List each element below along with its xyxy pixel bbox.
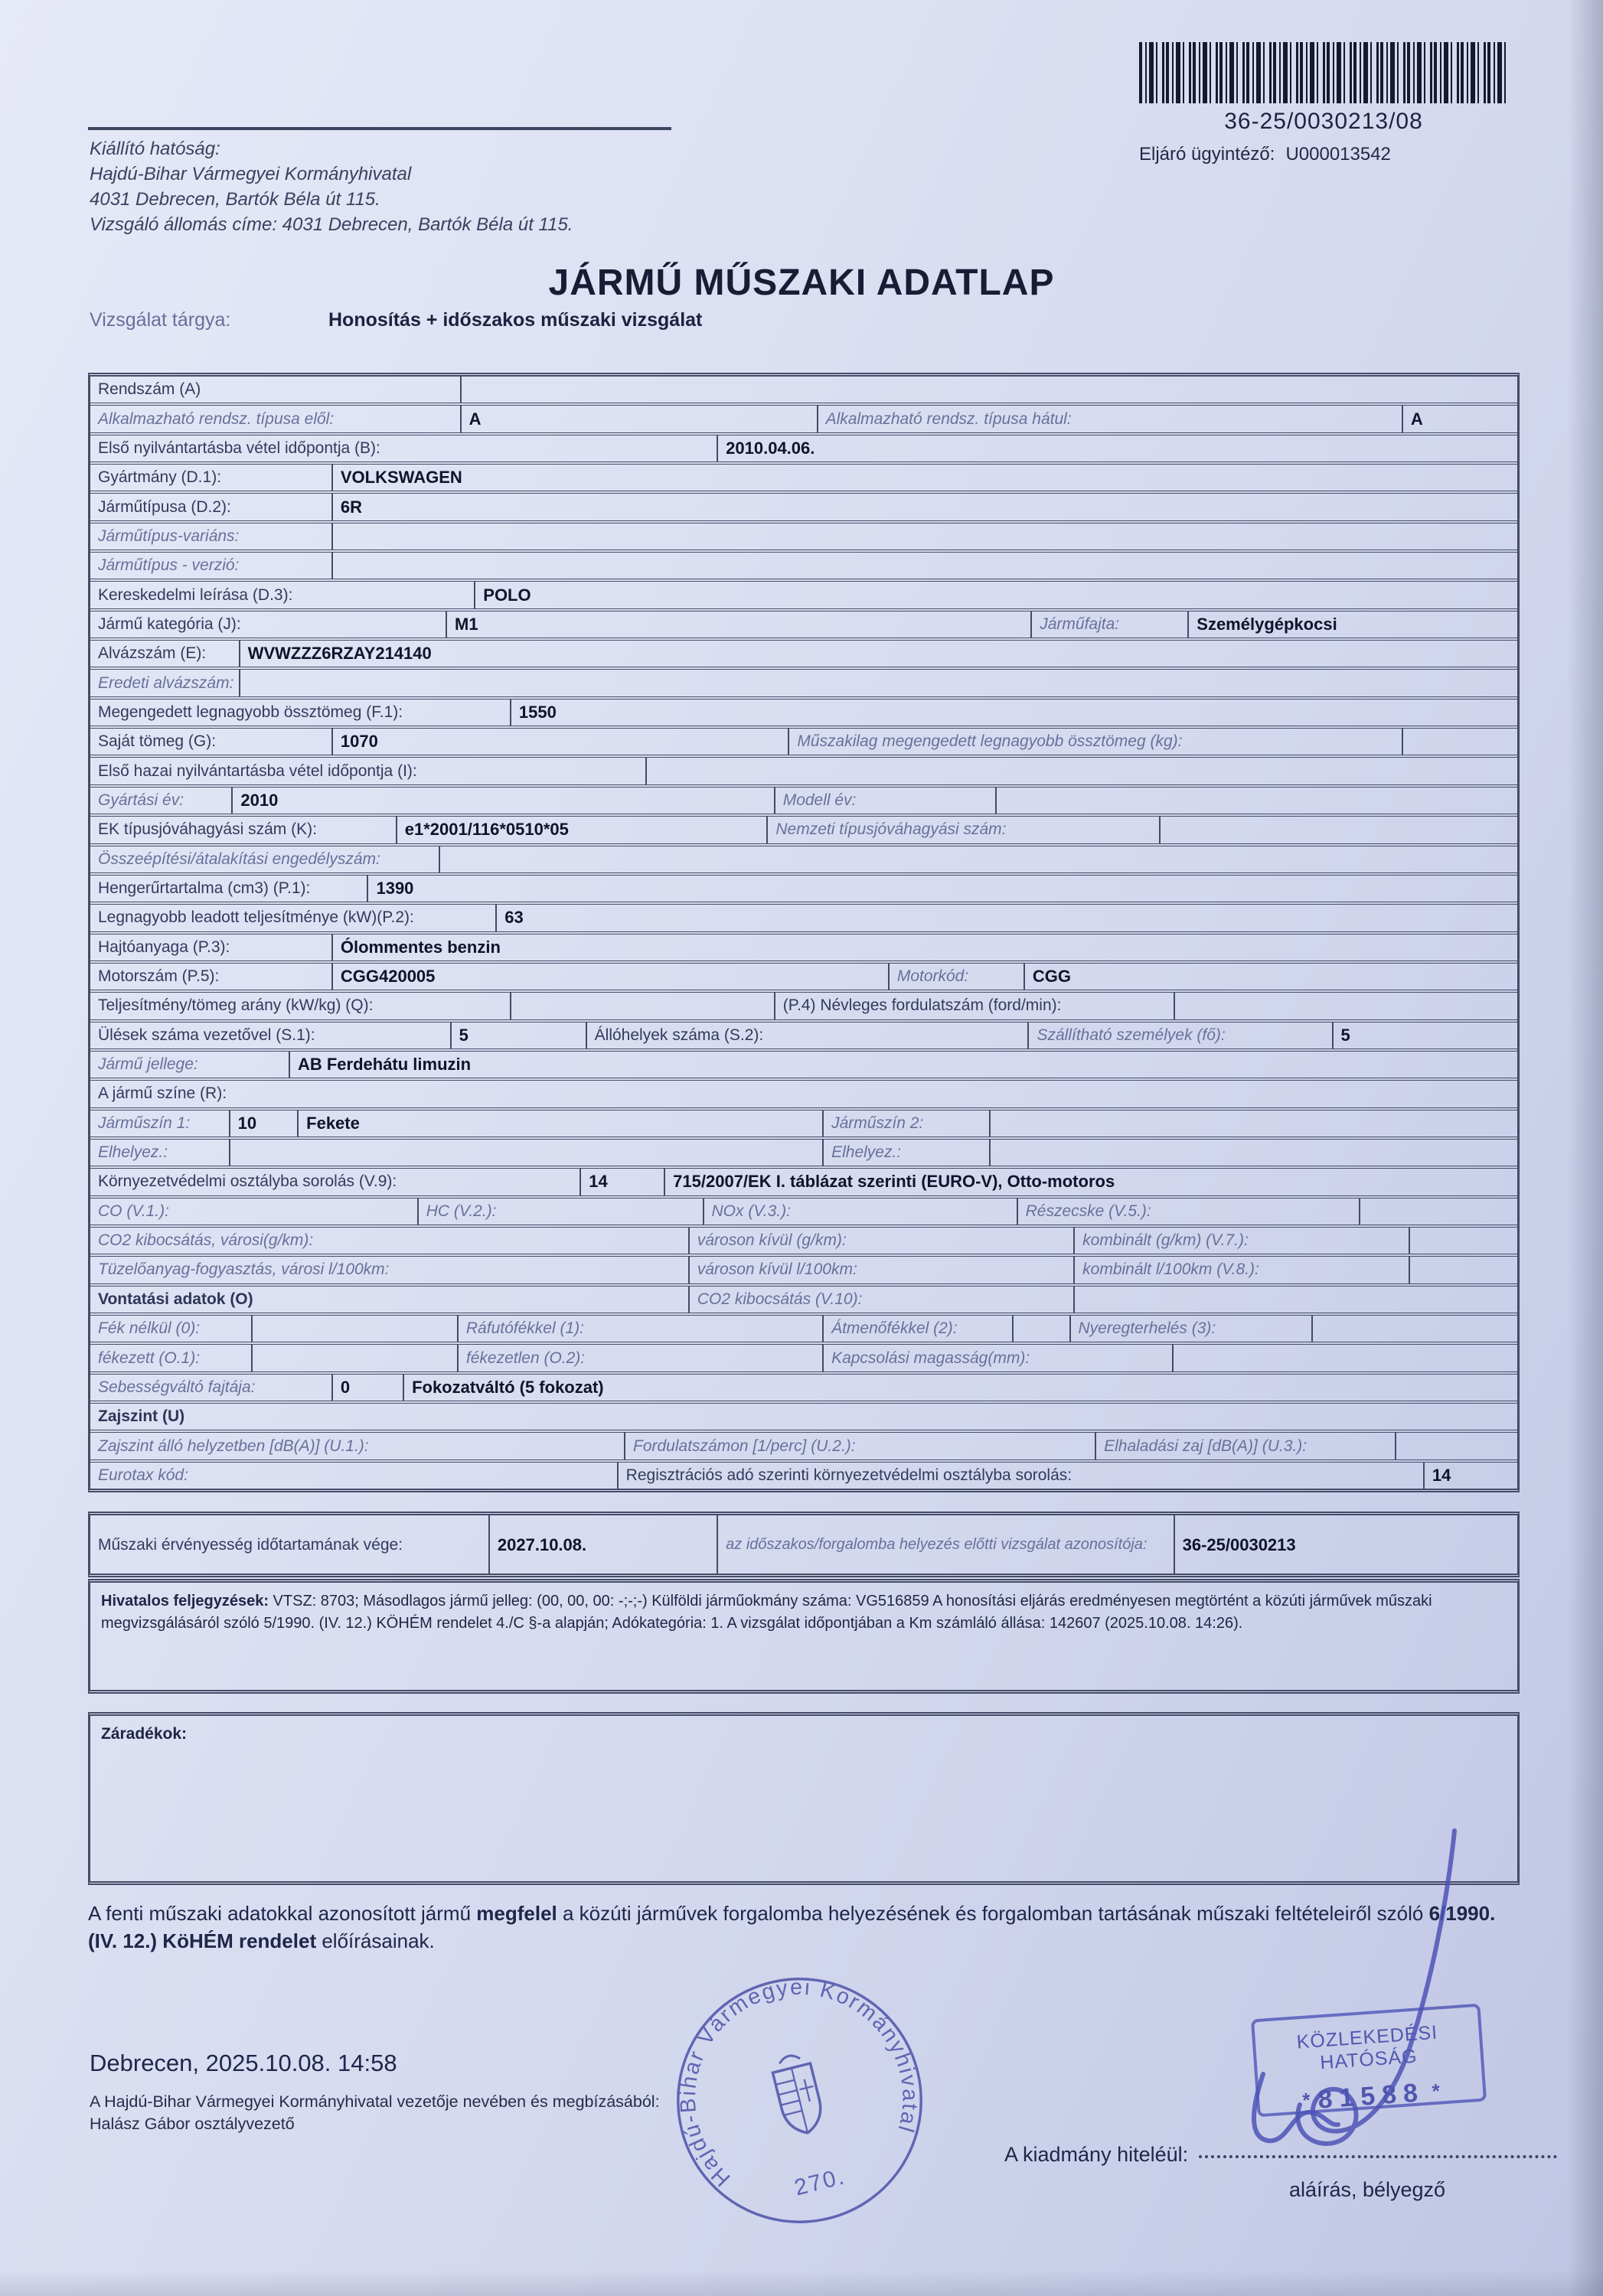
field-label: kombinált l/100km (V.8.): bbox=[1075, 1257, 1410, 1283]
table-row: Műszaki érvényesség időtartamának vége:2… bbox=[90, 1515, 1517, 1574]
issuer-name: Hajdú-Bihar Vármegyei Kormányhivatal bbox=[90, 161, 573, 187]
field-label: Járműszín 2: bbox=[824, 1110, 991, 1137]
field-label: Műszakilag megengedett legnagyobb össztö… bbox=[789, 729, 1403, 755]
field-value: Ólommentes benzin bbox=[333, 934, 1517, 960]
field-value: 0 bbox=[333, 1375, 404, 1401]
field-label: NOx (V.3.): bbox=[704, 1199, 1018, 1225]
field-value: POLO bbox=[475, 582, 1517, 608]
field-value: 2010 bbox=[233, 788, 775, 814]
field-value bbox=[997, 788, 1517, 814]
field-label: Első nyilvántartásba vétel időpontja (B)… bbox=[90, 435, 718, 461]
field-value bbox=[1410, 1257, 1517, 1283]
field-label: kombinált (g/km) (V.7.): bbox=[1075, 1228, 1410, 1254]
table-row: Vontatási adatok (O)CO2 kibocsátás (V.10… bbox=[90, 1287, 1517, 1316]
field-label: Zajszint (U) bbox=[90, 1404, 1517, 1430]
table-row: CO (V.1.):HC (V.2.):NOx (V.3.):Részecske… bbox=[90, 1199, 1517, 1228]
table-row: Motorszám (P.5):CGG420005Motorkód:CGG bbox=[90, 964, 1517, 993]
field-label: Eredeti alvázszám: bbox=[90, 670, 240, 696]
field-value bbox=[230, 1140, 824, 1166]
field-label: Legnagyobb leadott teljesítménye (kW)(P.… bbox=[90, 905, 497, 931]
stamp-asterisk: * bbox=[1294, 2088, 1318, 2112]
inspection-subject-label: Vizsgálat tárgya: bbox=[90, 309, 328, 331]
page-title: JÁRMŰ MŰSZAKI ADATLAP bbox=[0, 262, 1603, 304]
field-label: Vontatási adatok (O) bbox=[90, 1287, 690, 1313]
field-label: Sebességváltó fajtája: bbox=[90, 1375, 333, 1401]
field-label: Jármű jellege: bbox=[90, 1052, 290, 1078]
table-row: Saját tömeg (G):1070Műszakilag megengede… bbox=[90, 729, 1517, 758]
attestation-label: A kiadmány hiteléül: bbox=[1004, 2143, 1188, 2166]
field-value bbox=[440, 846, 1517, 872]
field-label: Alkalmazható rendsz. típusa elől: bbox=[90, 406, 462, 432]
field-label: Összeépítési/átalakítási engedélyszám: bbox=[90, 846, 440, 872]
table-row: Zajszint álló helyzetben [dB(A)] (U.1.):… bbox=[90, 1433, 1517, 1462]
field-label: EK típusjóváhagyási szám (K): bbox=[90, 817, 397, 843]
field-value: 10 bbox=[230, 1110, 299, 1137]
transport-authority-stamp: KÖZLEKEDÉSI HATÓSÁG *81588* bbox=[1251, 2004, 1487, 2118]
conformity-segment: A fenti műszaki adatokkal azonosított já… bbox=[88, 1902, 476, 1925]
table-row: Teljesítmény/tömeg arány (kW/kg) (Q):(P.… bbox=[90, 993, 1517, 1022]
field-label: Zajszint álló helyzetben [dB(A)] (U.1.): bbox=[90, 1433, 625, 1459]
table-row: Gyártmány (D.1):VOLKSWAGEN bbox=[90, 465, 1517, 494]
authorization-text: A Hajdú-Bihar Vármegyei Kormányhivatal v… bbox=[90, 2091, 660, 2113]
field-label: CO (V.1.): bbox=[90, 1199, 419, 1225]
table-row: Tüzelőanyag-fogyasztás, városi l/100km:v… bbox=[90, 1257, 1517, 1286]
field-value bbox=[333, 523, 1517, 550]
field-value: Fokozatváltó (5 fokozat) bbox=[404, 1375, 1517, 1401]
table-row: Eurotax kód:Regisztrációs adó szerinti k… bbox=[90, 1463, 1517, 1489]
signature-dotted-line bbox=[1199, 2155, 1557, 2158]
official-notes-text: VTSZ: 8703; Másodlagos jármű jelleg: (00… bbox=[101, 1593, 1432, 1632]
field-value: VOLKSWAGEN bbox=[333, 465, 1517, 491]
round-official-stamp: Hajdú-Bihar Vármegyei Kormányhivatal 270… bbox=[639, 1940, 959, 2260]
inspection-subject-value: Honosítás + időszakos műszaki vizsgálat bbox=[328, 309, 702, 331]
table-row: Összeépítési/átalakítási engedélyszám: bbox=[90, 846, 1517, 876]
field-label: Gyártmány (D.1): bbox=[90, 465, 333, 491]
field-value: 6R bbox=[333, 494, 1517, 520]
field-value bbox=[511, 993, 775, 1019]
field-label: fékezetlen (O.2): bbox=[459, 1345, 824, 1371]
issuer-label: Kiállító hatóság: bbox=[90, 136, 573, 161]
inspection-station-address: Vizsgáló állomás címe: 4031 Debrecen, Ba… bbox=[90, 212, 573, 237]
place-and-date: Debrecen, 2025.10.08. 14:58 bbox=[90, 2050, 397, 2077]
field-label: Szállítható személyek (fő): bbox=[1029, 1022, 1333, 1049]
field-label: az időszakos/forgalomba helyezés előtti … bbox=[718, 1515, 1174, 1574]
field-label: Járműtípusa (D.2): bbox=[90, 494, 333, 520]
stamp-number: 270. bbox=[792, 2164, 847, 2200]
field-value bbox=[1161, 817, 1517, 843]
field-label: Gyártási év: bbox=[90, 788, 233, 814]
field-value: 14 bbox=[1425, 1463, 1517, 1489]
attestation-line: A kiadmány hiteléül: bbox=[1004, 2143, 1557, 2167]
field-label: Első hazai nyilvántartásba vétel időpont… bbox=[90, 758, 647, 784]
field-label: Alkalmazható rendsz. típusa hátul: bbox=[818, 406, 1403, 432]
table-row: fékezett (O.1):fékezetlen (O.2):Kapcsolá… bbox=[90, 1345, 1517, 1374]
field-label: Modell év: bbox=[775, 788, 997, 814]
field-label: Járműtípus-variáns: bbox=[90, 523, 333, 550]
field-value bbox=[1360, 1199, 1517, 1225]
field-label: Motorszám (P.5): bbox=[90, 964, 333, 990]
field-label: HC (V.2.): bbox=[419, 1199, 704, 1225]
barcode bbox=[1139, 42, 1508, 103]
field-value bbox=[1313, 1316, 1517, 1342]
table-row: Jármű kategória (J):M1Járműfajta:Személy… bbox=[90, 612, 1517, 641]
field-value: 1070 bbox=[333, 729, 789, 755]
table-row: Alvázszám (E):WVWZZZ6RZAY214140 bbox=[90, 641, 1517, 670]
case-officer-label: Eljáró ügyintéző: bbox=[1139, 144, 1275, 165]
field-value bbox=[1174, 1345, 1517, 1371]
field-label: Ülések száma vezetővel (S.1): bbox=[90, 1022, 452, 1049]
field-label: Hajtóanyaga (P.3): bbox=[90, 934, 333, 960]
field-value: e1*2001/116*0510*05 bbox=[397, 817, 769, 843]
field-label: Műszaki érvényesség időtartamának vége: bbox=[90, 1515, 490, 1574]
field-value: 715/2007/EK I. táblázat szerinti (EURO-V… bbox=[665, 1169, 1517, 1195]
table-row: Járműszín 1:10FeketeJárműszín 2: bbox=[90, 1110, 1517, 1140]
field-value: 63 bbox=[497, 905, 1517, 931]
validity-table: Műszaki érvényesség időtartamának vége:2… bbox=[88, 1512, 1520, 1577]
field-label: Elhelyez.: bbox=[90, 1140, 230, 1166]
field-label: Rendszám (A) bbox=[90, 377, 462, 403]
signer-name: Halász Gábor osztályvezető bbox=[90, 2113, 660, 2135]
conformity-segment: előírásainak. bbox=[316, 1929, 435, 1952]
field-value bbox=[253, 1345, 458, 1371]
field-value bbox=[991, 1140, 1517, 1166]
table-row: Rendszám (A) bbox=[90, 377, 1517, 406]
field-label: Motorkód: bbox=[890, 964, 1025, 990]
table-row: Legnagyobb leadott teljesítménye (kW)(P.… bbox=[90, 905, 1517, 934]
field-value bbox=[333, 553, 1517, 579]
field-value bbox=[1075, 1287, 1517, 1313]
table-row: Környezetvédelmi osztályba sorolás (V.9)… bbox=[90, 1169, 1517, 1198]
table-row: Eredeti alvázszám: bbox=[90, 670, 1517, 699]
field-value: 1550 bbox=[511, 700, 1517, 726]
field-label: Járműtípus - verzió: bbox=[90, 553, 333, 579]
field-value: 2010.04.06. bbox=[718, 435, 1517, 461]
field-label: városon kívül (g/km): bbox=[690, 1228, 1075, 1254]
table-row: Megengedett legnagyobb össztömeg (F.1):1… bbox=[90, 700, 1517, 729]
field-label: CO2 kibocsátás (V.10): bbox=[690, 1287, 1075, 1313]
field-label: Elhaladási zaj [dB(A)] (U.3.): bbox=[1096, 1433, 1396, 1459]
field-value: CGG bbox=[1025, 964, 1517, 990]
field-label: Nemzeti típusjóváhagyási szám: bbox=[768, 817, 1161, 843]
table-row: Gyártási év:2010Modell év: bbox=[90, 788, 1517, 817]
field-label: Kereskedelmi leírása (D.3): bbox=[90, 582, 475, 608]
attestation-caption: aláírás, bélyegző bbox=[1191, 2178, 1543, 2202]
table-row: Hajtóanyaga (P.3):Ólommentes benzin bbox=[90, 934, 1517, 964]
field-label: Járműfajta: bbox=[1032, 612, 1189, 638]
conformity-statement: A fenti műszaki adatokkal azonosított já… bbox=[88, 1900, 1521, 1955]
field-value: A bbox=[462, 406, 818, 432]
field-value: 5 bbox=[452, 1022, 587, 1049]
field-value: AB Ferdehátu limuzin bbox=[290, 1052, 1517, 1078]
field-label: Alvázszám (E): bbox=[90, 641, 240, 667]
field-value bbox=[462, 377, 1517, 403]
field-label: Fordulatszámon [1/perc] (U.2.): bbox=[625, 1433, 1096, 1459]
table-row: Járműtípus - verzió: bbox=[90, 553, 1517, 582]
table-row: Kereskedelmi leírása (D.3):POLO bbox=[90, 582, 1517, 611]
issuer-block: Kiállító hatóság: Hajdú-Bihar Vármegyei … bbox=[90, 136, 573, 237]
table-row: Ülések száma vezetővel (S.1):5Állóhelyek… bbox=[90, 1022, 1517, 1052]
table-row: Fék nélkül (0):Ráfutófékkel (1):Átmenőfé… bbox=[90, 1316, 1517, 1345]
conformity-segment: megfelel bbox=[476, 1902, 557, 1925]
field-value bbox=[240, 670, 1517, 696]
vehicle-data-table: Rendszám (A)Alkalmazható rendsz. típusa … bbox=[88, 373, 1520, 1492]
field-label: Átmenőfékkel (2): bbox=[824, 1316, 1014, 1342]
field-label: Regisztrációs adó szerinti környezetvéde… bbox=[619, 1463, 1425, 1489]
field-label: Saját tömeg (G): bbox=[90, 729, 333, 755]
field-value bbox=[647, 758, 1517, 784]
field-value: M1 bbox=[447, 612, 1032, 638]
scanned-document-page: Kiállító hatóság: Hajdú-Bihar Vármegyei … bbox=[0, 0, 1603, 2296]
stamp-serial-number: *81588* bbox=[1259, 2074, 1484, 2119]
field-label: Teljesítmény/tömeg arány (kW/kg) (Q): bbox=[90, 993, 511, 1019]
field-value: Személygépkocsi bbox=[1189, 612, 1517, 638]
field-label: Megengedett legnagyobb össztömeg (F.1): bbox=[90, 700, 511, 726]
field-value: CGG420005 bbox=[333, 964, 890, 990]
issuer-address: 4031 Debrecen, Bartók Béla út 115. bbox=[90, 187, 573, 212]
field-label: Kapcsolási magasság(mm): bbox=[824, 1345, 1174, 1371]
authorization-block: A Hajdú-Bihar Vármegyei Kormányhivatal v… bbox=[90, 2091, 660, 2135]
clauses-box: Záradékok: bbox=[88, 1712, 1520, 1885]
field-value: 5 bbox=[1334, 1022, 1517, 1049]
table-row: Első hazai nyilvántartásba vétel időpont… bbox=[90, 758, 1517, 787]
field-label: Jármű kategória (J): bbox=[90, 612, 447, 638]
field-value bbox=[1175, 993, 1517, 1019]
stamp-authority-name: KÖZLEKEDÉSI HATÓSÁG bbox=[1255, 2019, 1481, 2079]
field-label: Elhelyez.: bbox=[824, 1140, 991, 1166]
clauses-label: Záradékok: bbox=[101, 1725, 187, 1743]
barcode-number: 36-25/0030213/08 bbox=[1139, 109, 1508, 135]
field-value: Fekete bbox=[299, 1110, 824, 1137]
field-value bbox=[1410, 1228, 1517, 1254]
field-value bbox=[1396, 1433, 1517, 1459]
table-row: CO2 kibocsátás, városi(g/km):városon kív… bbox=[90, 1228, 1517, 1257]
field-value: 36-25/0030213 bbox=[1175, 1515, 1517, 1574]
field-label: Eurotax kód: bbox=[90, 1463, 619, 1489]
field-value bbox=[991, 1110, 1517, 1137]
case-officer-line: Eljáró ügyintéző:U000013542 bbox=[1139, 144, 1391, 165]
official-notes-label: Hivatalos feljegyzések: bbox=[101, 1593, 269, 1609]
field-value: A bbox=[1403, 406, 1517, 432]
field-value bbox=[1014, 1316, 1071, 1342]
field-label: Ráfutófékkel (1): bbox=[459, 1316, 824, 1342]
field-label: Részecske (V.5.): bbox=[1018, 1199, 1360, 1225]
field-value: 1390 bbox=[368, 876, 1517, 902]
stamp-asterisk: * bbox=[1424, 2079, 1448, 2103]
field-label: (P.4) Névleges fordulatszám (ford/min): bbox=[775, 993, 1175, 1019]
table-row: A jármű színe (R): bbox=[90, 1081, 1517, 1110]
conformity-segment: a közúti járművek forgalomba helyezéséne… bbox=[557, 1902, 1429, 1925]
field-label: Nyeregterhelés (3): bbox=[1071, 1316, 1314, 1342]
field-label: CO2 kibocsátás, városi(g/km): bbox=[90, 1228, 690, 1254]
coat-of-arms-icon bbox=[769, 2051, 826, 2138]
field-value: WVWZZZ6RZAY214140 bbox=[240, 641, 1517, 667]
table-row: Első nyilvántartásba vétel időpontja (B)… bbox=[90, 435, 1517, 465]
field-label: A jármű színe (R): bbox=[90, 1081, 1517, 1107]
table-row: EK típusjóváhagyási szám (K):e1*2001/116… bbox=[90, 817, 1517, 846]
table-row: Jármű jellege:AB Ferdehátu limuzin bbox=[90, 1052, 1517, 1081]
table-row: Alkalmazható rendsz. típusa elől:AAlkalm… bbox=[90, 406, 1517, 435]
table-row: Elhelyez.:Elhelyez.: bbox=[90, 1140, 1517, 1169]
table-row: Hengerűrtartalma (cm3) (P.1):1390 bbox=[90, 876, 1517, 905]
inspection-subject: Vizsgálat tárgya:Honosítás + időszakos m… bbox=[90, 309, 702, 331]
field-value bbox=[1403, 729, 1517, 755]
table-row: Járműtípus-variáns: bbox=[90, 523, 1517, 553]
field-label: Tüzelőanyag-fogyasztás, városi l/100km: bbox=[90, 1257, 690, 1283]
field-value: 2027.10.08. bbox=[490, 1515, 718, 1574]
table-row: Zajszint (U) bbox=[90, 1404, 1517, 1433]
table-row: Sebességváltó fajtája:0Fokozatváltó (5 f… bbox=[90, 1375, 1517, 1404]
table-row: Járműtípusa (D.2):6R bbox=[90, 494, 1517, 523]
field-label: Fék nélkül (0): bbox=[90, 1316, 253, 1342]
field-value: 14 bbox=[581, 1169, 665, 1195]
header-divider-line bbox=[88, 127, 671, 130]
official-notes-box: Hivatalos feljegyzések: VTSZ: 8703; Máso… bbox=[88, 1579, 1520, 1694]
field-label: fékezett (O.1): bbox=[90, 1345, 253, 1371]
field-label: városon kívül l/100km: bbox=[690, 1257, 1075, 1283]
field-value bbox=[253, 1316, 458, 1342]
field-label: Környezetvédelmi osztályba sorolás (V.9)… bbox=[90, 1169, 581, 1195]
field-label: Hengerűrtartalma (cm3) (P.1): bbox=[90, 876, 368, 902]
field-label: Járműszín 1: bbox=[90, 1110, 230, 1137]
case-officer-value: U000013542 bbox=[1285, 144, 1390, 165]
field-label: Állóhelyek száma (S.2): bbox=[587, 1022, 1030, 1049]
